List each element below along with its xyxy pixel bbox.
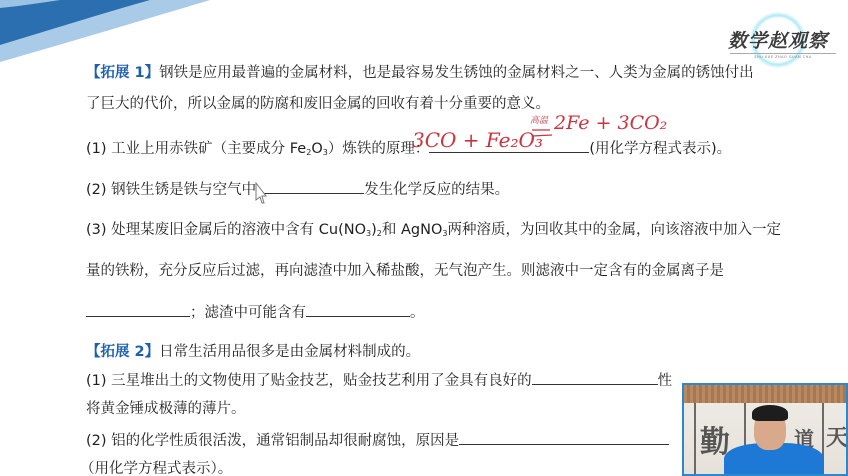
- channel-logo: 数学赵观察 SHU XUE ZHAO GUAN CHA: [728, 12, 838, 68]
- handwritten-equals-icon: [530, 127, 554, 141]
- section2-tag: 【拓展 2】: [86, 344, 159, 360]
- mouse-cursor-icon: [255, 182, 267, 204]
- section1-question3-line3: ；滤渣中可能含有。: [86, 302, 425, 322]
- webcam-overlay: 勤 道 天: [682, 383, 848, 476]
- section1-intro-text: 钢铁是应用最普遍的金属材料，也是最容易发生锈蚀的金属材料之一、人类为金属的锈蚀付…: [159, 65, 754, 81]
- section2-question1-line2: 将黄金锤成极薄的薄片。: [86, 400, 246, 418]
- section1-intro-line2: 了巨大的代价，所以金属的防腐和废旧金属的回收有着十分重要的意义。: [86, 95, 550, 113]
- s2q1-text: (1) 三星堆出土的文物使用了贴金技艺，贴金技艺利用了金具有良好的: [86, 373, 532, 389]
- section1-intro-line1: 【拓展 1】钢铁是应用最普遍的金属材料，也是最容易发生锈蚀的金属材料之一、人类为…: [86, 64, 754, 82]
- answer-blank[interactable]: [256, 179, 364, 194]
- calligraphy-char: 天: [826, 421, 848, 452]
- section1-question2: (2) 钢铁生锈是铁与空气中发生化学反应的结果。: [86, 179, 509, 199]
- q3-text: (3) 处理某废旧金属后的溶液中含有 Cu(NO: [86, 222, 366, 238]
- q1-suffix: (用化学方程式表示)。: [589, 141, 731, 157]
- s2q1-suffix: 性: [658, 373, 673, 389]
- q3-text: 和 AgNO: [382, 222, 443, 238]
- section1-tag: 【拓展 1】: [86, 65, 159, 81]
- q2-suffix: 发生化学反应的结果。: [364, 182, 509, 198]
- section2-question2: (2) 铝的化学性质很活泼，通常铝制品却很耐腐蚀，原因是: [86, 430, 669, 450]
- header-swoosh-decoration: [0, 0, 300, 70]
- s2q2-text: (2) 铝的化学性质很活泼，通常铝制品却很耐腐蚀，原因是: [86, 433, 459, 449]
- logo-subtext: SHU XUE ZHAO GUAN CHA: [730, 53, 836, 59]
- answer-blank[interactable]: [459, 430, 669, 445]
- q3-text: ；滤渣中可能含有: [190, 305, 306, 321]
- handwritten-reactants: 3CO + Fe₂O₃: [412, 128, 543, 152]
- answer-blank[interactable]: [306, 302, 410, 317]
- presenter-hair: [752, 405, 788, 421]
- section2-question2-line2: （用化学方程式表示）。: [80, 460, 232, 476]
- q3-text: 。: [410, 305, 425, 321]
- webcam-background-top: [684, 385, 846, 403]
- section2-intro-text: 日常生活用品很多是由金属材料制成的。: [159, 344, 420, 360]
- q3-text: 两种溶质，为回收其中的金属，向该溶液中加入一定: [447, 222, 781, 238]
- q2-text: (2) 钢铁生锈是铁与空气中: [86, 182, 256, 198]
- answer-blank[interactable]: [532, 370, 658, 385]
- section1-question3-line1: (3) 处理某废旧金属后的溶液中含有 Cu(NO3)2和 AgNO3两种溶质，为…: [86, 221, 781, 243]
- q1-text: (1) 工业上用赤铁矿（主要成分 Fe: [86, 141, 306, 157]
- q1-text: O: [311, 141, 322, 157]
- handwritten-condition: 高温: [530, 113, 548, 126]
- handwritten-products: 2Fe + 3CO₂: [554, 112, 667, 134]
- section1-question3-line2: 量的铁粉，充分反应后过滤，再向滤渣中加入稀盐酸，无气泡产生。则滤液中一定含有的金…: [86, 262, 724, 280]
- section2-question1: (1) 三星堆出土的文物使用了贴金技艺，贴金技艺利用了金具有良好的性: [86, 370, 672, 390]
- logo-text: 数学赵观察: [728, 26, 828, 53]
- answer-blank[interactable]: [86, 302, 190, 317]
- webcam-screen-post: [694, 403, 696, 476]
- section2-intro: 【拓展 2】日常生活用品很多是由金属材料制成的。: [86, 343, 420, 361]
- section1-question1: (1) 工业上用赤铁矿（主要成分 Fe2O3）炼铁的原理：(用化学方程式表示)。: [86, 138, 731, 162]
